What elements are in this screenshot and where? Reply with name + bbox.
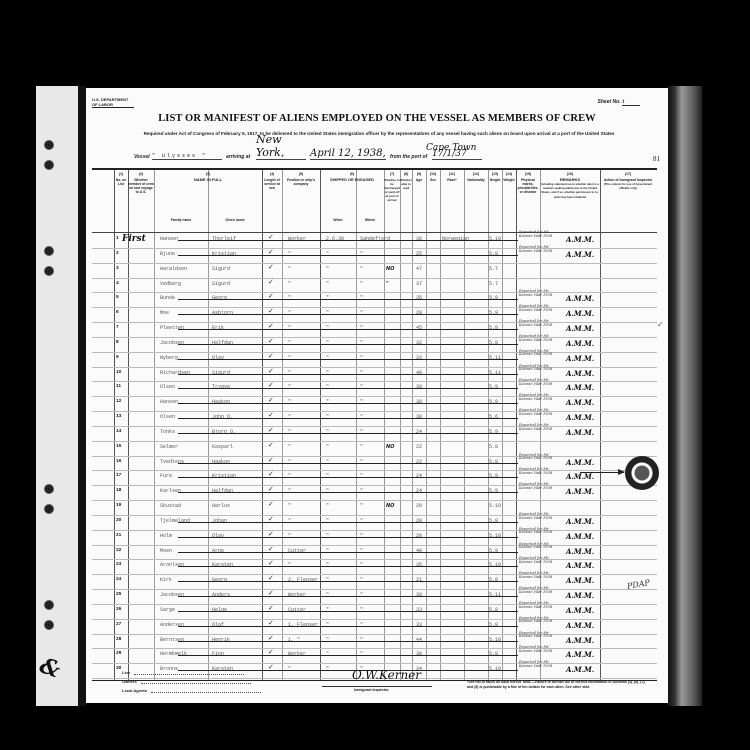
family-name: Vedberg bbox=[160, 281, 181, 287]
shipped-when: " bbox=[326, 399, 329, 405]
row-number: 6 bbox=[116, 310, 119, 315]
row-number: 10 bbox=[116, 370, 121, 375]
inspector-initials: A.M.M. bbox=[566, 383, 594, 392]
given-name: Sigurd bbox=[212, 281, 230, 287]
position: " bbox=[288, 281, 291, 287]
position: " bbox=[288, 266, 291, 272]
shipped-where: " bbox=[360, 607, 363, 613]
shipped-when: " bbox=[326, 251, 329, 257]
shipped-when: " bbox=[326, 429, 329, 435]
scan-edge-shadow bbox=[668, 86, 702, 706]
given-name: John O. bbox=[212, 414, 233, 420]
age: 38 bbox=[416, 651, 422, 657]
remark-text: Reported for Mr. Kasmin Vadt 1938 bbox=[519, 617, 559, 625]
punch-hole bbox=[44, 620, 54, 630]
inspector-signature: O.W.Kerner bbox=[352, 668, 421, 682]
position: " bbox=[288, 488, 291, 494]
inspector-initials: A.M.M. bbox=[566, 591, 594, 600]
height: 5.11 bbox=[489, 592, 501, 598]
col-header-prev-voyage: (2)Whether member of crew on last voyage… bbox=[128, 172, 154, 228]
height: 5.8 bbox=[489, 577, 498, 583]
remark-text: Reported for Mr. Kasmin Vadt 1938 bbox=[519, 557, 559, 565]
remark-text: Reported for Mr. Kasmin Vadt 1938 bbox=[519, 513, 559, 521]
age: 24 bbox=[416, 488, 422, 494]
height: 5.10 bbox=[489, 236, 501, 242]
table-row: 2BjuneKristian"""255.8✓Reported for Mr. … bbox=[92, 248, 657, 264]
check-mark-icon: ✓ bbox=[268, 441, 274, 449]
inspector-initials: A.M.M. bbox=[566, 428, 594, 437]
row-number: 26 bbox=[116, 607, 121, 612]
inspector-stamp bbox=[625, 456, 659, 490]
row-number: 20 bbox=[116, 518, 121, 523]
shipped-where: " bbox=[360, 429, 363, 435]
punch-hole bbox=[44, 140, 54, 150]
inspector-initials: A.M.M. bbox=[566, 250, 594, 259]
check-mark-icon: ✓ bbox=[268, 263, 274, 271]
remark-text: Reported for Mr. Kasmin Vadt 1938 bbox=[519, 409, 559, 417]
row-number: 25 bbox=[116, 592, 121, 597]
given-name: Finn bbox=[212, 651, 224, 657]
col-header-read: (8)Whether able to read bbox=[400, 172, 412, 228]
strikethrough-line bbox=[178, 403, 518, 404]
strikethrough-line bbox=[178, 477, 518, 478]
inspector-initials: A.M.M. bbox=[566, 339, 594, 348]
table-row: 5BundeGeorg"""355.9✓Reported for Mr. Kas… bbox=[92, 292, 657, 308]
given-name: Sigurd bbox=[212, 370, 230, 376]
department-seal: U.S. DEPARTMENT OF LABOR bbox=[92, 97, 134, 108]
discharge-flag: NO bbox=[386, 266, 394, 272]
shipped-where: " bbox=[360, 533, 363, 539]
shipped-where: " bbox=[360, 622, 363, 628]
height: 5.7 bbox=[489, 281, 498, 287]
strikethrough-line bbox=[178, 329, 518, 330]
strikethrough-line bbox=[178, 418, 518, 419]
table-row: 19SkustadHarlus"""NO205.10✓ bbox=[92, 500, 657, 516]
family-name: Olsen bbox=[160, 414, 175, 420]
shipped-where: " bbox=[360, 444, 363, 450]
age: 24 bbox=[416, 473, 422, 479]
family-name: Haraldsen bbox=[160, 266, 187, 272]
strikethrough-line bbox=[178, 626, 518, 627]
age: 33 bbox=[416, 622, 422, 628]
manifest-footer: Line Owners Local Agents O.W.Kerner Immi… bbox=[92, 678, 657, 703]
vessel-name: " Ulysses " bbox=[152, 153, 222, 160]
given-name: Olav bbox=[212, 533, 224, 539]
shipped-when: " bbox=[326, 533, 329, 539]
inspector-initials: A.M.M. bbox=[566, 324, 594, 333]
position: " bbox=[288, 533, 291, 539]
given-name: Henrik bbox=[212, 637, 230, 643]
family-name: Skustad bbox=[160, 503, 181, 509]
family-name: Sarge bbox=[160, 607, 175, 613]
given-name: Haakon bbox=[212, 459, 230, 465]
remark-text: Reported for Mr. Kasmin Vadt 1938 bbox=[519, 379, 559, 387]
height: 5.11 bbox=[489, 355, 501, 361]
shipped-where: " bbox=[360, 295, 363, 301]
row-number: 18 bbox=[116, 488, 121, 493]
strikethrough-line bbox=[178, 537, 518, 538]
height: 5.8 bbox=[489, 651, 498, 657]
shipped-where: " bbox=[360, 473, 363, 479]
inspector-initials: A.M.M. bbox=[566, 650, 594, 659]
shipped-where: " bbox=[360, 459, 363, 465]
strikethrough-line bbox=[178, 611, 518, 612]
family-name: Tvedtens bbox=[160, 459, 184, 465]
discharge-flag: " bbox=[386, 281, 389, 287]
given-name: Halfdan bbox=[212, 488, 233, 494]
row-number: 13 bbox=[116, 414, 121, 419]
family-name: Richardsen bbox=[160, 370, 190, 376]
row-number: 29 bbox=[116, 651, 121, 656]
position: 1. Flenser bbox=[288, 622, 318, 628]
strikethrough-line bbox=[178, 359, 518, 360]
row-number: 16 bbox=[116, 459, 121, 464]
age: 25 bbox=[416, 251, 422, 257]
shipped-when: " bbox=[326, 281, 329, 287]
row-number: 30 bbox=[116, 666, 121, 671]
remark-text: Reported for Mr. Kasmin Vadt 1938 bbox=[519, 335, 559, 343]
family-name: Tjelmeland bbox=[160, 518, 190, 524]
strikethrough-line bbox=[178, 655, 518, 656]
age: 28 bbox=[416, 310, 422, 316]
shipped-when: " bbox=[326, 355, 329, 361]
age: 40 bbox=[416, 548, 422, 554]
height: 5.8 bbox=[489, 444, 498, 450]
strikethrough-line bbox=[178, 388, 518, 389]
col-header-no: (1)No. on List bbox=[114, 172, 128, 228]
age: 30 bbox=[416, 592, 422, 598]
family-name: Hermkmelk bbox=[160, 651, 187, 657]
table-row: 14TonksBjorn O."""245.9✓Reported for Mr.… bbox=[92, 426, 657, 442]
family-name: Selmer bbox=[160, 444, 178, 450]
remark-text: Reported for Mr. Kasmin Vadt 1938 bbox=[519, 468, 559, 476]
remark-text: Reported for Mr. Kasmin Vadt 1938 bbox=[519, 632, 559, 640]
height: 5.8 bbox=[489, 607, 498, 613]
family-name: Bjune bbox=[160, 251, 175, 257]
shipped-where: " bbox=[360, 548, 363, 554]
arrow-mark bbox=[580, 472, 624, 473]
col-header-marks: (15)Physical marks, peculiarities, or di… bbox=[516, 172, 540, 228]
row-number: 19 bbox=[116, 503, 121, 508]
position: " bbox=[288, 295, 291, 301]
table-row: 28BerntsenHenrik1. """445.10✓Reported fo… bbox=[92, 634, 657, 650]
age: 21 bbox=[416, 577, 422, 583]
shipped-where: " bbox=[360, 325, 363, 331]
height: 5.8 bbox=[489, 325, 498, 331]
table-row: 24KirkGeorg2. Flenser""215.8✓Reported fo… bbox=[92, 574, 657, 590]
inspector-initials: A.M.M. bbox=[566, 532, 594, 541]
shipped-when: " bbox=[326, 473, 329, 479]
age: 30 bbox=[416, 399, 422, 405]
given-name: Olav bbox=[212, 355, 224, 361]
table-row: 21HolmOlav"""205.10✓Reported for Mr. Kas… bbox=[92, 530, 657, 546]
shipped-where: " bbox=[360, 370, 363, 376]
shipped-where: " bbox=[360, 281, 363, 287]
position: " bbox=[288, 459, 291, 465]
family-name: Jacobsen bbox=[160, 340, 184, 346]
height: 5.7 bbox=[489, 266, 498, 272]
table-row: 23AronlsenKarsten"""355.10✓Reported for … bbox=[92, 559, 657, 575]
shipped-when: " bbox=[326, 370, 329, 376]
given-name: Erik bbox=[212, 325, 224, 331]
table-row: 22MoenArneCutter""405.9✓Reported for Mr.… bbox=[92, 545, 657, 561]
shipped-when: " bbox=[326, 266, 329, 272]
remark-text: Reported for Mr. Kasmin Vadt 1938 bbox=[519, 646, 559, 654]
age: 20 bbox=[416, 518, 422, 524]
shipped-where: " bbox=[360, 651, 363, 657]
shipped-when: " bbox=[326, 592, 329, 598]
family-name: Nyberg bbox=[160, 355, 178, 361]
shipped-when: " bbox=[326, 488, 329, 494]
col-header-nationality: (12)Nationality bbox=[464, 172, 488, 228]
given-name: Harlus bbox=[212, 503, 230, 509]
age: 32 bbox=[416, 340, 422, 346]
table-row: 18KarlsenHalfdan"""245.9✓Reported for Mr… bbox=[92, 485, 657, 501]
age: 33 bbox=[416, 355, 422, 361]
check-mark: ✓ bbox=[657, 320, 664, 329]
given-name: Sigurd bbox=[212, 266, 230, 272]
remark-text: Reported for Mr. Kasmin Vadt 1938 bbox=[519, 365, 559, 373]
family-name: Holm bbox=[160, 533, 172, 539]
shipped-where: " bbox=[360, 251, 363, 257]
remark-text: Reported for Mr. Kasmin Vadt 1938 bbox=[519, 305, 559, 313]
col-header-inspector-action: (17)Action of Immigrant Inspector(This c… bbox=[600, 172, 656, 228]
remark-text: Reported for Mr. Kasmin Vadt 1938 bbox=[519, 661, 559, 669]
strikethrough-line bbox=[178, 463, 518, 464]
remark-text: Reported for Mr. Kasmin Vadt 1938 bbox=[519, 424, 559, 432]
sheet-number: Sheet No. 1 bbox=[598, 99, 640, 106]
family-name: Kirk bbox=[160, 577, 172, 583]
table-row: 7PleettenErik"""455.8✓Reported for Mr. K… bbox=[92, 322, 657, 338]
given-name: Kristian bbox=[212, 473, 236, 479]
table-row: 12HansenHaakon"""305.9✓Reported for Mr. … bbox=[92, 396, 657, 412]
col-header-sex: (10)Sex bbox=[426, 172, 440, 228]
owners-field: Owners bbox=[122, 679, 251, 684]
inspector-initials: A.M.M. bbox=[566, 487, 594, 496]
family-name: Karlsen bbox=[160, 488, 181, 494]
family-name: Jacobsen bbox=[160, 592, 184, 598]
strikethrough-line bbox=[178, 552, 518, 553]
position: " bbox=[288, 518, 291, 524]
strikethrough-line bbox=[178, 374, 518, 375]
given-name: Haakon bbox=[212, 399, 230, 405]
binder-edge bbox=[36, 86, 86, 706]
shipped-when: " bbox=[326, 651, 329, 657]
given-name: Georg bbox=[212, 577, 227, 583]
shipped-where: " bbox=[360, 488, 363, 494]
row-number: 5 bbox=[116, 295, 119, 300]
height: 5.10 bbox=[489, 562, 501, 568]
height: 5.8 bbox=[489, 459, 498, 465]
row-number: 11 bbox=[116, 384, 121, 389]
remark-text: Reported for Mr. Kasmin Vadt 1938 bbox=[519, 350, 559, 358]
position: 2. Flenser bbox=[288, 577, 318, 583]
position: " bbox=[288, 325, 291, 331]
position: " bbox=[288, 384, 291, 390]
strikethrough-line bbox=[178, 641, 518, 642]
height: 5.10 bbox=[489, 666, 501, 672]
family-name: Berntsen bbox=[160, 637, 184, 643]
height: 5.10 bbox=[489, 533, 501, 539]
punch-hole bbox=[44, 600, 54, 610]
shipped-where: " bbox=[360, 399, 363, 405]
inspector-initials: A.M.M. bbox=[566, 517, 594, 526]
shipped-when: " bbox=[326, 666, 329, 672]
height: 5.8 bbox=[489, 518, 498, 524]
age: 44 bbox=[416, 637, 422, 643]
position: " bbox=[288, 310, 291, 316]
table-row: 3HaraldsenSigurd"""NO475.7✓ bbox=[92, 263, 657, 279]
family-name: Bunde bbox=[160, 295, 175, 301]
row-number: 4 bbox=[116, 281, 119, 286]
shipped-when: " bbox=[326, 340, 329, 346]
inspector-initials: A.M.M. bbox=[566, 561, 594, 570]
position: Cutter bbox=[288, 548, 306, 554]
row-number: 24 bbox=[116, 577, 121, 582]
shipped-where: " bbox=[360, 592, 363, 598]
table-row: 4VedbergSigurd""""375.7✓ bbox=[92, 278, 657, 294]
remark-text: Reported for Mr. Kasmin Vadt 1938 bbox=[519, 394, 559, 402]
strikethrough-line bbox=[178, 596, 518, 597]
inspector-initials: A.M.M. bbox=[566, 636, 594, 645]
position: " bbox=[288, 414, 291, 420]
given-name: Kristian bbox=[212, 251, 236, 257]
position: Worker bbox=[288, 236, 306, 242]
inspector-initials: A.M.M. bbox=[566, 606, 594, 615]
remark-text: Reported for Mr. Kasmin Vadt 1938 bbox=[519, 587, 559, 595]
position: " bbox=[288, 666, 291, 672]
inspector-initials: A.M.M. bbox=[566, 398, 594, 407]
height: 5.9 bbox=[489, 399, 498, 405]
position: " bbox=[288, 503, 291, 509]
table-row: 1HansenThorleifWorker2.6.38Sandefjord385… bbox=[92, 233, 657, 249]
shipped-when: " bbox=[326, 295, 329, 301]
position: 1. " bbox=[288, 637, 300, 643]
nationality: Norwegian bbox=[442, 236, 469, 242]
strikethrough-line bbox=[178, 314, 518, 315]
shipped-when: " bbox=[326, 577, 329, 583]
shipped-when: " bbox=[326, 562, 329, 568]
shipped-where: " bbox=[360, 310, 363, 316]
table-row: 10RichardsenSigurd"""405.11✓Reported for… bbox=[92, 367, 657, 383]
shipped-where: " bbox=[360, 340, 363, 346]
inspector-initials: A.M.M. bbox=[566, 413, 594, 422]
row-number: 14 bbox=[116, 429, 121, 434]
given-name: Asbjorn bbox=[212, 310, 233, 316]
table-row: 16TvedtensHaakon"""225.8✓Reported for Mr… bbox=[92, 456, 657, 472]
given-name: Kasparl bbox=[212, 444, 233, 450]
agents-field: Local Agents bbox=[122, 688, 261, 693]
row-number: 9 bbox=[116, 355, 119, 360]
footer-note: *See list of races on back hereof. Note.… bbox=[467, 680, 647, 689]
position: " bbox=[288, 355, 291, 361]
shipped-when: " bbox=[326, 622, 329, 628]
height: 5.9 bbox=[489, 488, 498, 494]
from-date: 17/1/37 bbox=[432, 149, 482, 160]
position: " bbox=[288, 370, 291, 376]
height: 5.9 bbox=[489, 310, 498, 316]
crew-rows: 1HansenThorleifWorker2.6.38Sandefjord385… bbox=[92, 233, 657, 678]
row-number: 23 bbox=[116, 562, 121, 567]
given-name: Halfdan bbox=[212, 340, 233, 346]
family-name: Hansen bbox=[160, 236, 178, 242]
page-subtitle: Required under Act of Congress of Februa… bbox=[104, 130, 654, 137]
given-name: Thorleif bbox=[212, 236, 236, 242]
family-name: Moen bbox=[160, 548, 172, 554]
strikethrough-line bbox=[178, 566, 518, 567]
punch-hole bbox=[44, 246, 54, 256]
row-number: 17 bbox=[116, 473, 121, 478]
shipped-where: " bbox=[360, 355, 363, 361]
inspector-initials: A.M.M. bbox=[566, 294, 594, 303]
shipped-where: " bbox=[360, 384, 363, 390]
table-row: 26SargeHelgeCutter""335.8✓Reported for M… bbox=[92, 604, 657, 620]
shipped-when: " bbox=[326, 444, 329, 450]
shipped-when: " bbox=[326, 325, 329, 331]
inspector-initials: A.M.M. bbox=[566, 621, 594, 630]
signature-label: Immigrant Inspector. bbox=[354, 688, 389, 692]
col-header-age: (9)Age bbox=[412, 172, 426, 228]
page-title: LIST OR MANIFEST OF ALIENS EMPLOYED ON T… bbox=[86, 113, 668, 124]
strikethrough-line bbox=[178, 581, 518, 582]
height: 5.9 bbox=[489, 384, 498, 390]
remark-text: Reported for Mr. Kasmin Vadt 1938 bbox=[519, 602, 559, 610]
height: 5.9 bbox=[489, 295, 498, 301]
row-number: 21 bbox=[116, 533, 121, 538]
shipped-where: " bbox=[360, 518, 363, 524]
inspector-initials: A.M.M. bbox=[566, 665, 594, 674]
row-number: 22 bbox=[116, 548, 121, 553]
row-number: 3 bbox=[116, 266, 119, 271]
given-name: Anders bbox=[212, 592, 230, 598]
given-name: Johan bbox=[212, 518, 227, 524]
inspector-initials: A.M.M. bbox=[566, 472, 594, 481]
table-row: 9NybergOlav"""335.11✓Reported for Mr. Ka… bbox=[92, 352, 657, 368]
remark-text: Reported for Mr. Kasmin Vadt 1938 bbox=[519, 246, 559, 254]
punch-hole bbox=[44, 266, 54, 276]
inspector-initials: A.M.M. bbox=[566, 547, 594, 556]
family-name: Aronlsen bbox=[160, 562, 184, 568]
row-number: 27 bbox=[116, 622, 121, 627]
table-row: 25JacobsenAndersWorker""305.11✓Reported … bbox=[92, 589, 657, 605]
row-number: 15 bbox=[116, 444, 121, 449]
shipped-when: " bbox=[326, 637, 329, 643]
age: 37 bbox=[416, 281, 422, 287]
position: Worker bbox=[288, 651, 306, 657]
height: 5.6 bbox=[489, 414, 498, 420]
given-name: Helge bbox=[212, 607, 227, 613]
age: 22 bbox=[416, 459, 422, 465]
table-row: 17FureKristian"""245.9✓Reported for Mr. … bbox=[92, 470, 657, 486]
strikethrough-line bbox=[178, 522, 518, 523]
shipped-when: " bbox=[326, 518, 329, 524]
age: 35 bbox=[416, 295, 422, 301]
row-number: 28 bbox=[116, 637, 121, 642]
height: 5.8 bbox=[489, 622, 498, 628]
age: 38 bbox=[416, 414, 422, 420]
strikethrough-line bbox=[178, 344, 518, 345]
position: " bbox=[288, 444, 291, 450]
age: 38 bbox=[416, 236, 422, 242]
inspector-initials: A.M.M. bbox=[566, 369, 594, 378]
age: 45 bbox=[416, 325, 422, 331]
col-header-discharge: (7)Whether to be discharged or paid off … bbox=[384, 172, 400, 228]
height: 5.10 bbox=[489, 503, 501, 509]
height: 5.11 bbox=[489, 370, 501, 376]
remark-text: Reported for Mr. Kasmin Vadt 1938 bbox=[519, 483, 559, 491]
family-name: Olsen bbox=[160, 384, 175, 390]
position: " bbox=[288, 562, 291, 568]
